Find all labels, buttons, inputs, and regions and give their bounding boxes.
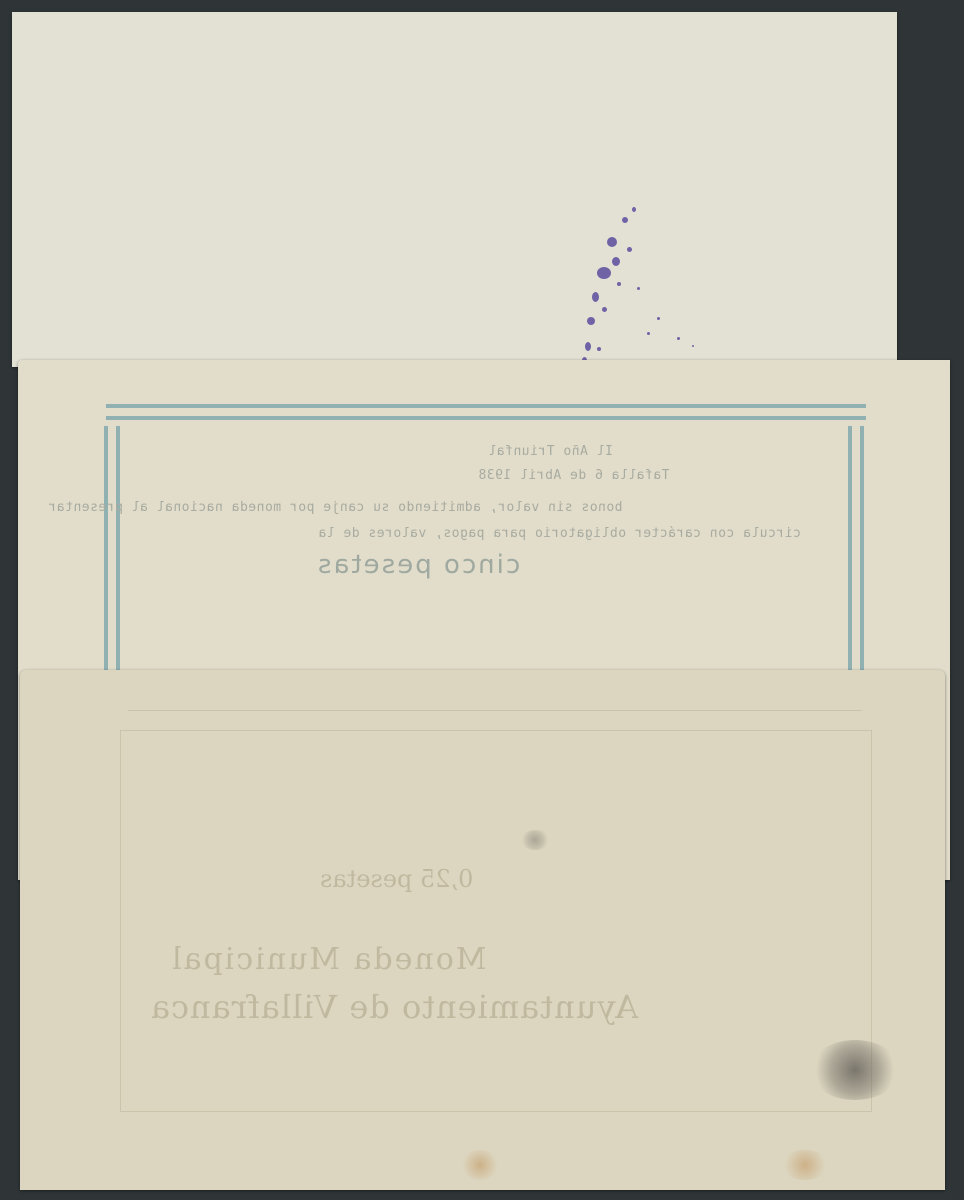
mirrored-title: Ayuntamiento de Villafranca: [150, 988, 638, 1026]
rust-stain: [780, 1150, 830, 1180]
mirrored-text-line: Il Año Triunfal: [488, 444, 613, 459]
banknote-bottom: 0,25 pesetas Moneda Municipal Ayuntamien…: [20, 670, 945, 1190]
mirrored-amount: 0,25 pesetas: [320, 865, 473, 893]
banknote-top: [12, 12, 897, 367]
mirrored-text-line: bonos sin valor, admitiendo su canje por…: [48, 500, 623, 515]
mirrored-text-line: Tafalla 6 de Abril 1938: [478, 468, 670, 483]
frame-border: [106, 404, 866, 408]
mirrored-text-line: circula con carácter obligatorio para pa…: [318, 526, 801, 541]
rust-stain: [460, 1150, 500, 1180]
frame-border: [128, 710, 862, 713]
frame-border: [120, 730, 872, 1112]
mirrored-subtitle: Moneda Municipal: [170, 942, 487, 977]
mirrored-amount: cinco pesetas: [316, 550, 520, 580]
ink-smudge: [810, 1040, 900, 1100]
ink-stamp-bleed: [567, 197, 747, 377]
frame-border: [848, 426, 852, 671]
frame-border: [860, 426, 864, 671]
frame-border: [106, 416, 866, 420]
ink-smudge: [520, 830, 550, 850]
frame-border: [116, 426, 120, 671]
frame-border: [104, 426, 108, 671]
